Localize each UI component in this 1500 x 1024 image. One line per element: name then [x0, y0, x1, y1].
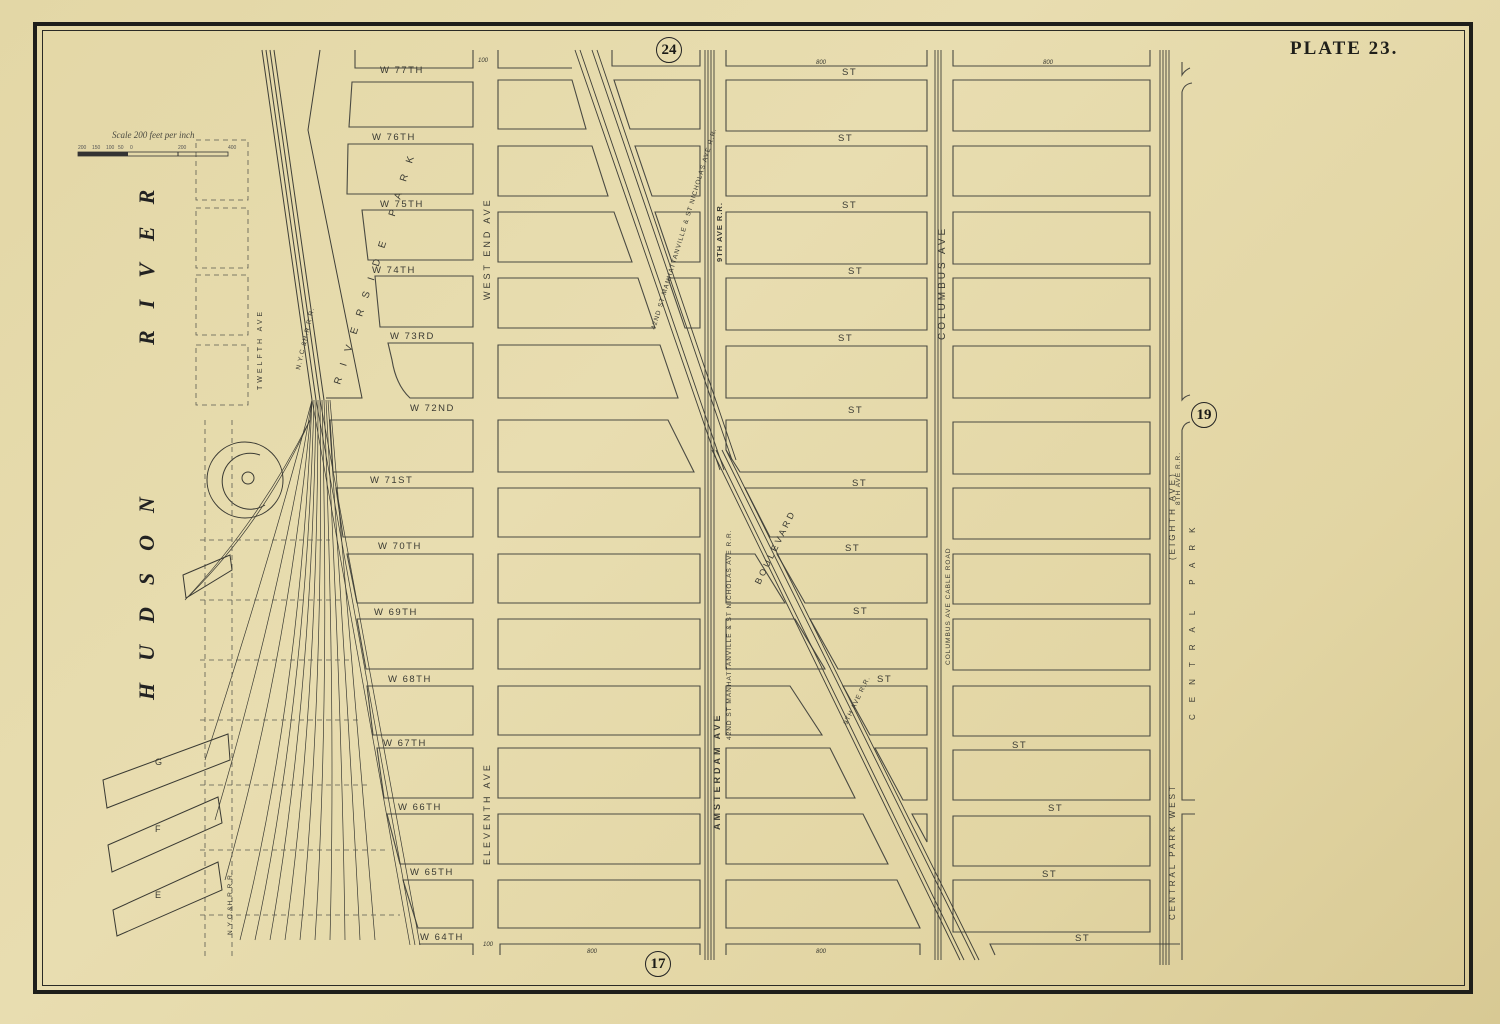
- pier-label-f: F: [155, 824, 161, 834]
- dashed-lots: [196, 140, 400, 960]
- svg-text:CENTRAL PARK: CENTRAL PARK: [1188, 516, 1197, 720]
- svg-text:ST: ST: [852, 478, 867, 489]
- street-labels: W 77TH W 76TH W 75TH W 74TH W 73RD W 72N…: [370, 65, 464, 943]
- piers: [103, 555, 232, 936]
- avenue-rails: [705, 50, 1169, 965]
- dimension-labels: 800 800 800 800 100 100: [478, 58, 1054, 955]
- svg-text:42ND ST MANHATTANVILLE & ST NI: 42ND ST MANHATTANVILLE & ST NICHOLAS AVE…: [726, 529, 733, 740]
- manhattanville-rr: [575, 50, 979, 960]
- svg-text:ST: ST: [877, 674, 892, 685]
- svg-text:800: 800: [587, 949, 598, 955]
- svg-text:ST: ST: [853, 606, 868, 617]
- svg-text:COLUMBUS AVE: COLUMBUS AVE: [937, 226, 948, 340]
- svg-text:CENTRAL PARK WEST: CENTRAL PARK WEST: [1168, 783, 1177, 920]
- map-drawing: G F E W 77TH W 76TH W 75TH W 74TH W 73RD…: [0, 0, 1500, 1024]
- svg-text:ST: ST: [848, 266, 863, 277]
- svg-text:8TH AVE R.R.: 8TH AVE R.R.: [1175, 452, 1182, 505]
- svg-text:100: 100: [478, 58, 489, 64]
- svg-text:W 66TH: W 66TH: [398, 802, 442, 813]
- svg-text:ST: ST: [1012, 740, 1027, 751]
- svg-text:W 64TH: W 64TH: [420, 932, 464, 943]
- svg-text:9TH AVE R.R.: 9TH AVE R.R.: [843, 675, 873, 726]
- svg-text:W 65TH: W 65TH: [410, 867, 454, 878]
- svg-text:W 76TH: W 76TH: [372, 132, 416, 143]
- svg-text:W 71ST: W 71ST: [370, 475, 413, 486]
- svg-text:ST: ST: [842, 200, 857, 211]
- svg-text:ST: ST: [838, 133, 853, 144]
- svg-text:W 69TH: W 69TH: [374, 607, 418, 618]
- svg-text:AMSTERDAM AVE: AMSTERDAM AVE: [712, 713, 722, 831]
- svg-text:ST: ST: [1042, 869, 1057, 880]
- svg-text:W 68TH: W 68TH: [388, 674, 432, 685]
- central-park-boundary: [1182, 62, 1195, 960]
- svg-text:800: 800: [1043, 60, 1054, 66]
- svg-text:ST: ST: [1048, 803, 1063, 814]
- avenue-labels: ELEVENTH AVE WEST END AVE TWELFTH AVE AM…: [257, 197, 1177, 920]
- railroad-labels: 42ND ST MANHATTANVILLE & ST NICHOLAS AVE…: [227, 127, 1182, 935]
- turntable: [207, 442, 283, 518]
- svg-text:ELEVENTH AVE: ELEVENTH AVE: [482, 762, 492, 865]
- svg-text:100: 100: [483, 942, 494, 948]
- st-labels: ST ST ST ST ST ST ST ST ST ST ST ST ST S…: [838, 67, 1090, 944]
- scale-bar: [78, 152, 228, 156]
- svg-text:WEST END AVE: WEST END AVE: [482, 197, 492, 300]
- svg-text:ST: ST: [842, 67, 857, 78]
- svg-text:ST: ST: [848, 405, 863, 416]
- svg-text:W 77TH: W 77TH: [380, 65, 424, 76]
- svg-text:W 67TH: W 67TH: [383, 738, 427, 749]
- svg-text:ST: ST: [845, 543, 860, 554]
- svg-text:9TH AVE R.R.: 9TH AVE R.R.: [715, 202, 724, 262]
- svg-text:N.Y.C.&H.R.R.R.: N.Y.C.&H.R.R.R.: [295, 307, 316, 371]
- svg-text:W 72ND: W 72ND: [410, 403, 455, 414]
- pier-label-g: G: [155, 757, 162, 767]
- svg-text:N.Y.C.&H.R.R.R.: N.Y.C.&H.R.R.R.: [227, 871, 234, 935]
- svg-text:W 73RD: W 73RD: [390, 331, 435, 342]
- svg-text:ST: ST: [838, 333, 853, 344]
- svg-text:COLUMBUS AVE CABLE ROAD: COLUMBUS AVE CABLE ROAD: [945, 547, 952, 665]
- svg-text:W 70TH: W 70TH: [378, 541, 422, 552]
- pier-label-e: E: [155, 890, 161, 900]
- svg-text:TWELFTH AVE: TWELFTH AVE: [257, 309, 264, 390]
- svg-text:800: 800: [816, 949, 827, 955]
- city-blocks: [330, 50, 1180, 955]
- svg-text:ST: ST: [1075, 933, 1090, 944]
- park-labels: RIVERSIDE PARK CENTRAL PARK: [332, 144, 1197, 720]
- svg-text:800: 800: [816, 60, 827, 66]
